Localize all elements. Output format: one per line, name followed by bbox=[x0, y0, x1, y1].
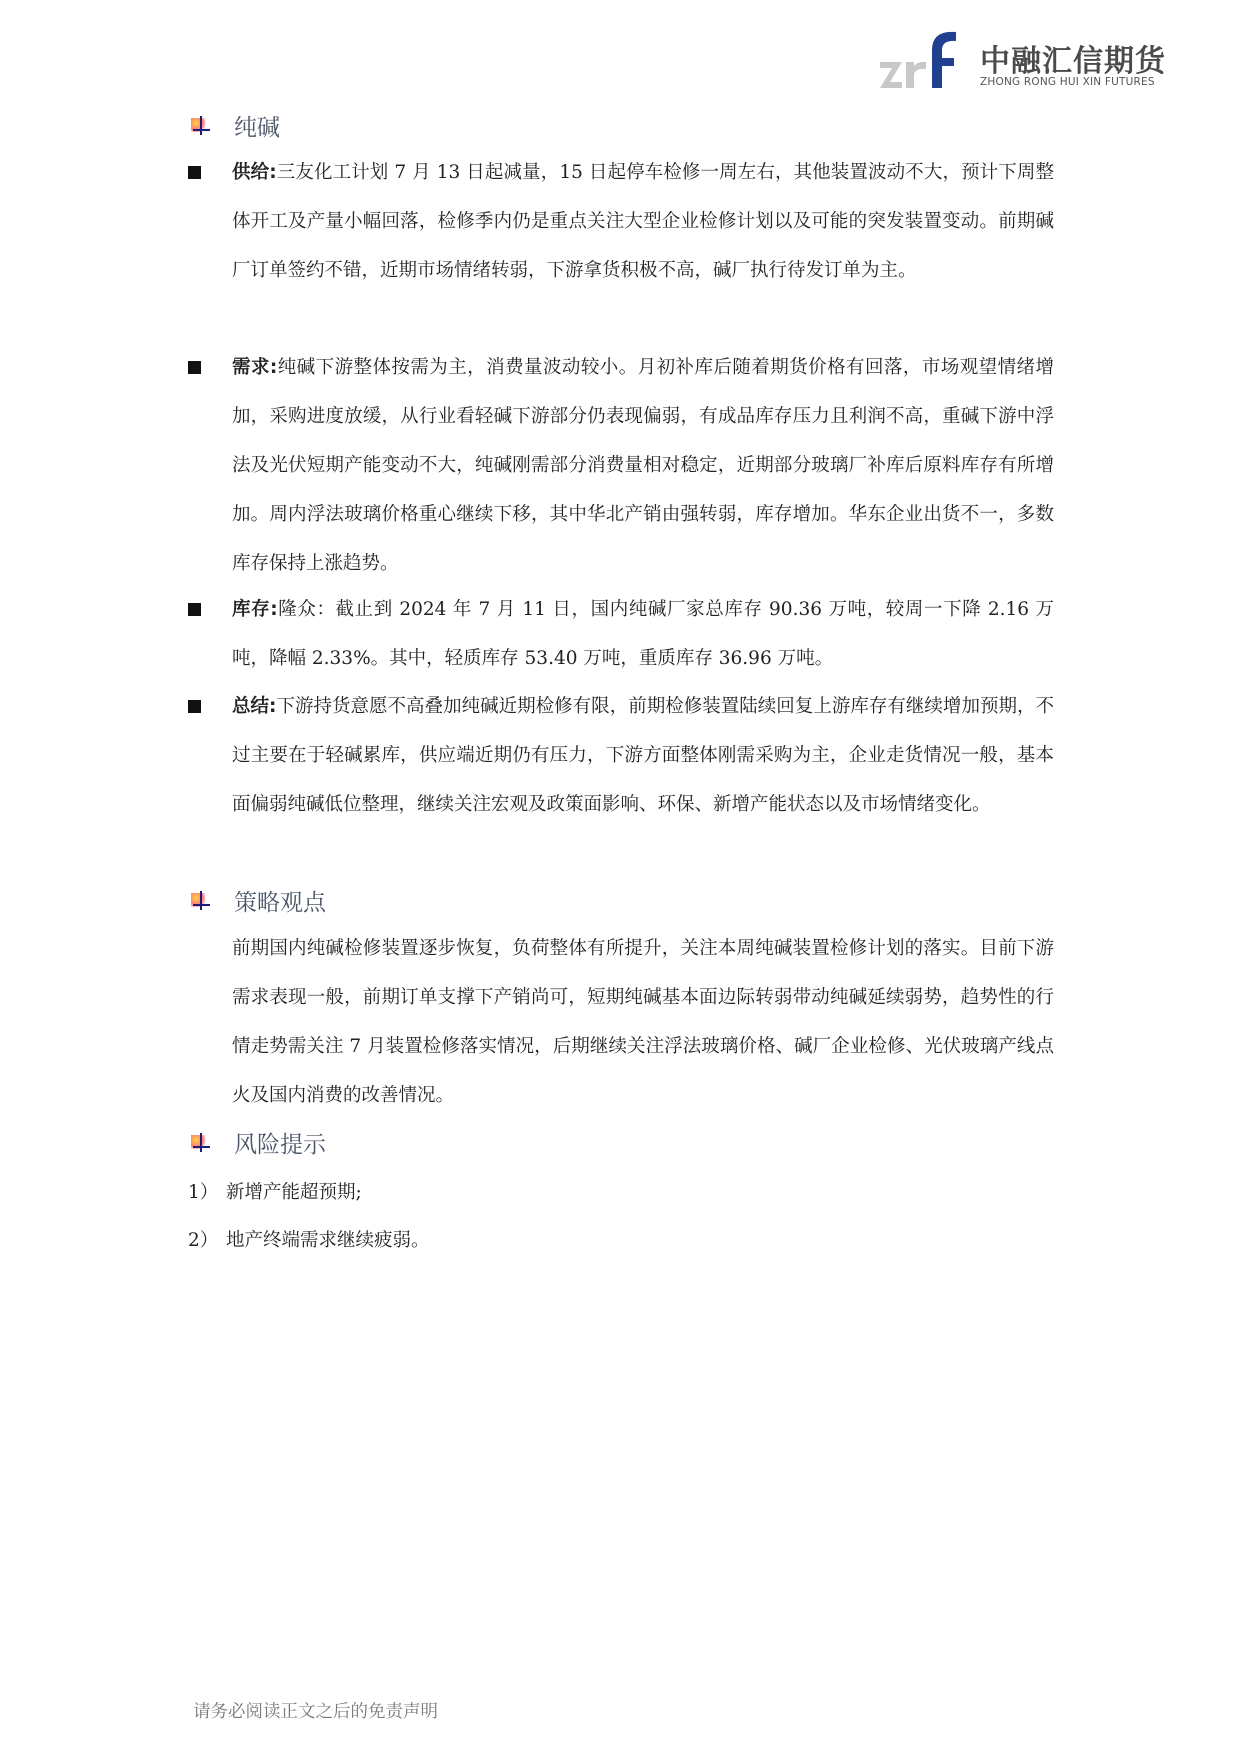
section-heading-strategy: 策略观点 bbox=[190, 884, 326, 917]
summary-label: 总结: bbox=[232, 696, 276, 717]
risk-item: 1）新增产能超预期; bbox=[188, 1178, 362, 1204]
risk-item-text: 地产终端需求继续疲弱。 bbox=[226, 1230, 430, 1251]
pin-bullet-icon bbox=[190, 115, 212, 137]
risk-item: 2）地产终端需求继续疲弱。 bbox=[188, 1226, 430, 1252]
risk-item-text: 新增产能超预期; bbox=[226, 1182, 362, 1203]
inventory-paragraph: 库存:隆众：截止到 2024 年 7 月 11 日，国内纯碱厂家总库存 90.3… bbox=[232, 585, 1054, 683]
supply-label: 供给: bbox=[232, 162, 277, 183]
risk-item-number: 2） bbox=[188, 1226, 226, 1252]
company-logo: 中融汇信期货 ZHONG RONG HUI XIN FUTURES bbox=[880, 28, 1180, 92]
risk-item-number: 1） bbox=[188, 1178, 226, 1204]
demand-text: 纯碱下游整体按需为主，消费量波动较小。月初补库后随着期货价格有回落，市场观望情绪… bbox=[232, 357, 1054, 574]
pin-bullet-icon bbox=[190, 890, 212, 912]
square-bullet-icon bbox=[188, 361, 201, 374]
disclaimer-footer: 请务必阅读正文之后的免责声明 bbox=[193, 1698, 438, 1723]
pin-bullet-icon bbox=[190, 1132, 212, 1154]
summary-paragraph: 总结:下游持货意愿不高叠加纯碱近期检修有限，前期检修装置陆续回复上游库存有继续增… bbox=[232, 682, 1054, 829]
section-title: 纯碱 bbox=[234, 109, 280, 142]
supply-text: 三友化工计划 7 月 13 日起减量，15 日起停车检修一周左右，其他装置波动不… bbox=[232, 162, 1054, 281]
inventory-label: 库存: bbox=[232, 599, 278, 620]
inventory-text: 隆众：截止到 2024 年 7 月 11 日，国内纯碱厂家总库存 90.36 万… bbox=[232, 599, 1054, 669]
square-bullet-icon bbox=[188, 166, 201, 179]
zrf-logo-icon bbox=[880, 28, 966, 90]
summary-text: 下游持货意愿不高叠加纯碱近期检修有限，前期检修装置陆续回复上游库存有继续增加预期… bbox=[232, 696, 1054, 815]
supply-paragraph: 供给:三友化工计划 7 月 13 日起减量，15 日起停车检修一周左右，其他装置… bbox=[232, 148, 1054, 295]
section-heading-soda-ash: 纯碱 bbox=[190, 109, 280, 142]
strategy-paragraph: 前期国内纯碱检修装置逐步恢复，负荷整体有所提升，关注本周纯碱装置检修计划的落实。… bbox=[232, 924, 1054, 1120]
square-bullet-icon bbox=[188, 700, 201, 713]
section-heading-risk: 风险提示 bbox=[190, 1126, 326, 1159]
section-title: 策略观点 bbox=[234, 884, 326, 917]
square-bullet-icon bbox=[188, 603, 201, 616]
logo-english-name: ZHONG RONG HUI XIN FUTURES bbox=[980, 76, 1155, 88]
demand-label: 需求: bbox=[232, 357, 277, 378]
demand-paragraph: 需求:纯碱下游整体按需为主，消费量波动较小。月初补库后随着期货价格有回落，市场观… bbox=[232, 343, 1054, 588]
logo-chinese-name: 中融汇信期货 bbox=[980, 36, 1166, 80]
section-title: 风险提示 bbox=[234, 1126, 326, 1159]
